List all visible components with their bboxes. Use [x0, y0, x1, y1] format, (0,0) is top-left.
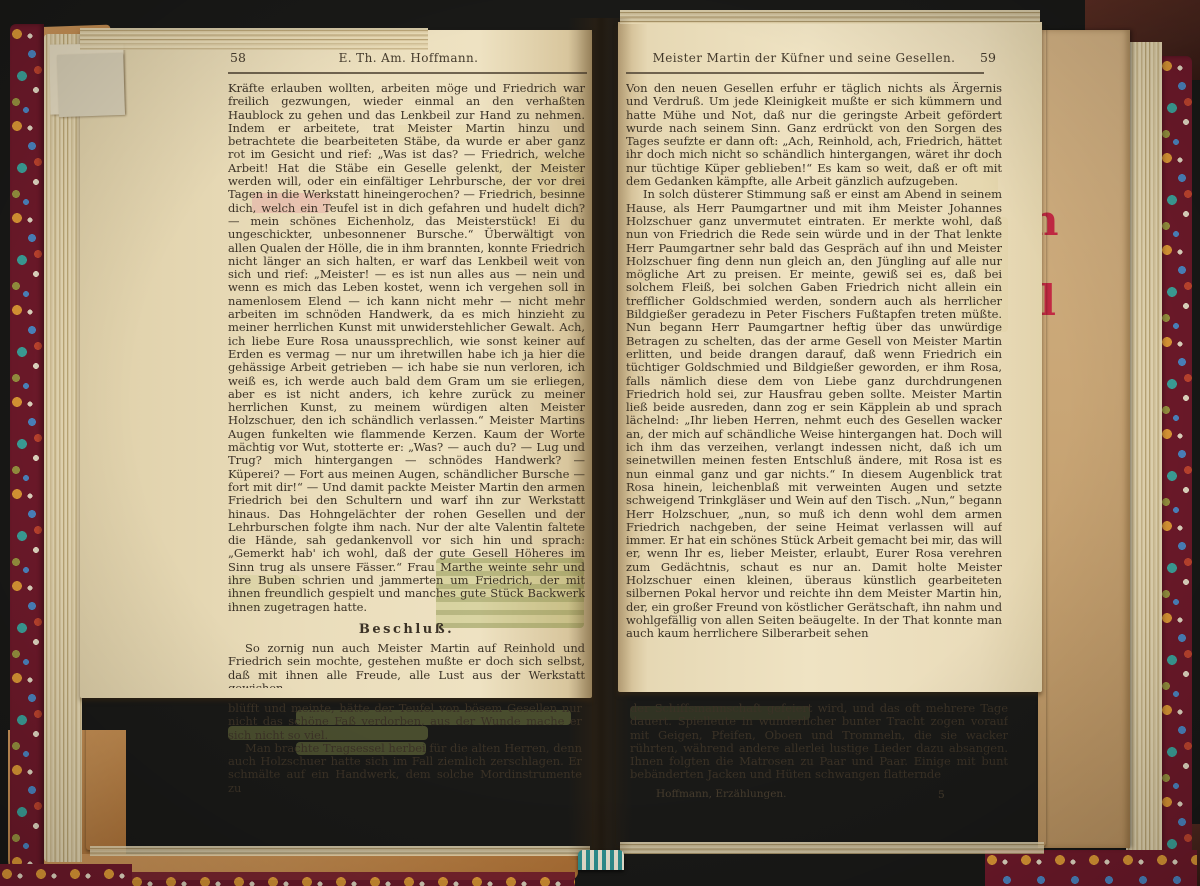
photo-vignette — [0, 0, 1200, 886]
book-photo: n l blüfft und meinte, hätte der Teufel … — [0, 0, 1200, 886]
